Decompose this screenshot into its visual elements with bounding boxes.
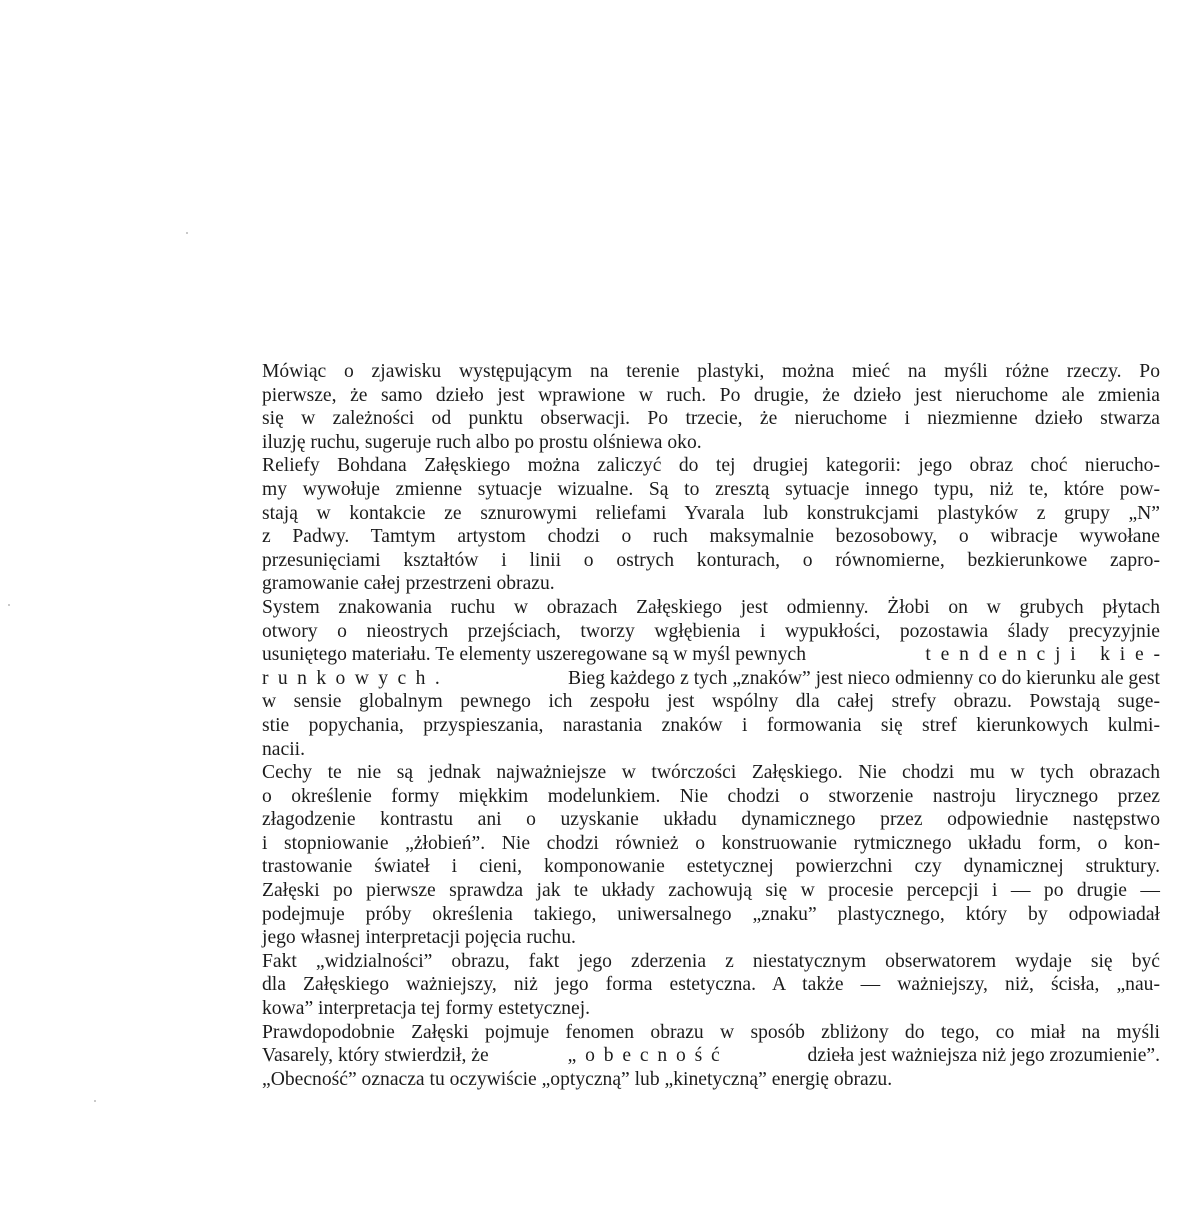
text-line: my wywołuje zmienne sytuacje wizualne. S… xyxy=(262,478,1160,502)
text-line: iluzję ruchu, sugeruje ruch albo po pros… xyxy=(262,431,1160,455)
text-line: usuniętego materiału. Te elementy uszere… xyxy=(262,643,1160,667)
document-body: Mówiąc o zjawisku występującym na tereni… xyxy=(262,360,1160,1091)
text-line: runkowych. Bieg każdego z tych „znaków” … xyxy=(262,667,1160,691)
emphasized-text: tendencji kie- xyxy=(925,643,1169,667)
text-line: Fakt „widzialności” obrazu, fakt jego zd… xyxy=(262,950,1160,974)
text-line: i stopniowanie „żłobień”. Nie chodzi rów… xyxy=(262,832,1160,856)
text-line: gramowanie całej przestrzeni obrazu. xyxy=(262,572,1160,596)
emphasized-text: runkowych. xyxy=(262,667,449,691)
text-line: Mówiąc o zjawisku występującym na tereni… xyxy=(262,360,1160,384)
text-line: jego własnej interpretacji pojęcia ruchu… xyxy=(262,926,1160,950)
text-fragment: Vasarely, który stwierdził, że xyxy=(262,1044,489,1068)
text-line: stają w kontakcie ze sznurowymi reliefam… xyxy=(262,502,1160,526)
text-fragment: dzieła jest ważniejsza niż jego zrozumie… xyxy=(807,1044,1160,1068)
text-line: pierwsze, że samo dzieło jest wprawione … xyxy=(262,384,1160,408)
text-line: otwory o nieostrych przejściach, tworzy … xyxy=(262,620,1160,644)
text-fragment: Bieg każdego z tych „znaków” jest nieco … xyxy=(568,667,1160,691)
text-line: z Padwy. Tamtym artystom chodzi o ruch m… xyxy=(262,525,1160,549)
text-line: Reliefy Bohdana Załęskiego można zaliczy… xyxy=(262,454,1160,478)
text-line: w sensie globalnym pewnego ich zespołu j… xyxy=(262,690,1160,714)
text-line: Załęski po pierwsze sprawdza jak te ukła… xyxy=(262,879,1160,903)
text-line: kowa” interpretacja tej formy estetyczne… xyxy=(262,997,1160,1021)
scan-speck xyxy=(8,604,10,606)
text-line: nacii. xyxy=(262,738,1160,762)
text-line: trastowanie świateł i cieni, komponowani… xyxy=(262,855,1160,879)
scan-speck xyxy=(94,1100,96,1102)
text-fragment: usuniętego materiału. Te elementy uszere… xyxy=(262,643,806,667)
text-line: „Obecność” oznacza tu oczywiście „optycz… xyxy=(262,1068,1160,1092)
text-line: podejmuje próby określenia takiego, uniw… xyxy=(262,903,1160,927)
emphasized-text: „obecność xyxy=(568,1044,729,1068)
text-line: Prawdopodobnie Załęski pojmuje fenomen o… xyxy=(262,1021,1160,1045)
text-line: przesunięciami kształtów i linii o ostry… xyxy=(262,549,1160,573)
text-line: System znakowania ruchu w obrazach Załęs… xyxy=(262,596,1160,620)
scan-speck xyxy=(186,232,188,234)
text-line: Cechy te nie są jednak najważniejsze w t… xyxy=(262,761,1160,785)
text-line: dla Załęskiego ważniejszy, niż jego form… xyxy=(262,973,1160,997)
text-line: o określenie formy miękkim modelunkiem. … xyxy=(262,785,1160,809)
text-line: stie popychania, przyspieszania, narasta… xyxy=(262,714,1160,738)
text-line: złagodzenie kontrastu ani o uzyskanie uk… xyxy=(262,808,1160,832)
text-line: się w zależności od punktu obserwacji. P… xyxy=(262,407,1160,431)
text-line: Vasarely, który stwierdził, że „obecność… xyxy=(262,1044,1160,1068)
